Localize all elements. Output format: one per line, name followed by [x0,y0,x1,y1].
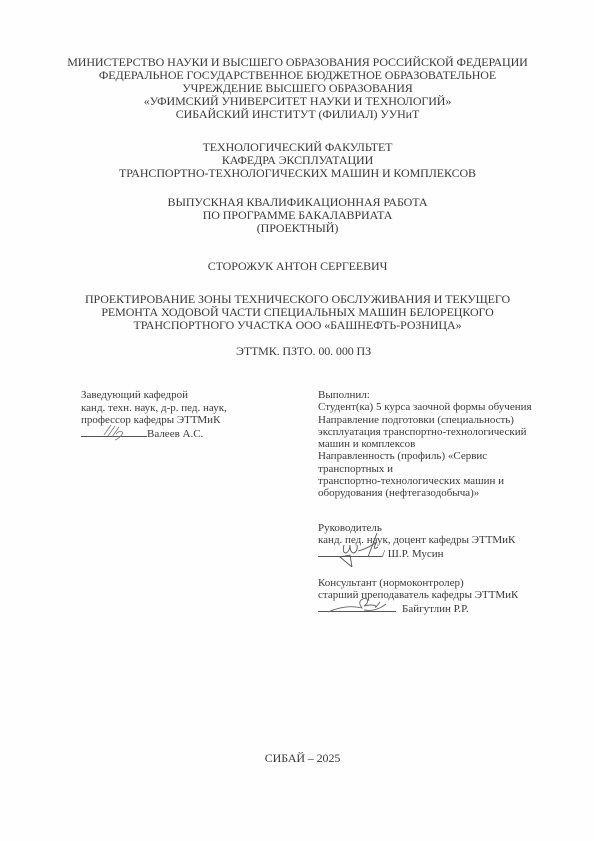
work-type-line: (ПРОЕКТНЫЙ) [0,222,595,235]
author-text: СТОРОЖУК АНТОН СЕРГЕЕВИЧ [0,260,595,273]
doc-code-text: ЭТТМК. ПЗТО. 00. 000 ПЗ [6,345,595,358]
footer-text: СИБАЙ – 2025 [5,752,595,765]
student-line: машин и комплексов [318,438,532,450]
hod-name: Валеев А.С. [147,428,203,440]
document-code: ЭТТМК. ПЗТО. 00. 000 ПЗ [6,345,595,358]
consultant-role: Консультант (нормоконтролер) [318,577,518,589]
student-line: Студент(ка) 5 курса заочной формы обучен… [318,401,532,413]
consultant-name: Байгутлин Р.Р. [402,603,469,615]
title-page: МИНИСТЕРСТВО НАУКИ И ВЫСШЕГО ОБРАЗОВАНИЯ… [0,0,595,841]
student-line: оборудования (нефтегазодобыча)» [318,487,532,499]
supervisor-block: Руководитель канд. пед. наук, доцент каф… [318,522,515,560]
hod-signature-row: Валеев А.С. [81,427,227,441]
student-block: Выполнил: Студент(ка) 5 курса заочной фо… [318,389,532,500]
student-line: Направление подготовки (специальность) [318,414,532,426]
consultant-signature-row: Байгутлин Р.Р. [318,602,518,615]
signature-icon [326,594,390,616]
signature-icon [101,421,131,441]
head-of-department-block: Заведующий кафедрой канд. техн. наук, д-… [81,389,227,440]
author-name: СТОРОЖУК АНТОН СЕРГЕЕВИЧ [0,260,595,273]
header-line: СИБАЙСКИЙ ИНСТИТУТ (ФИЛИАЛ) УУНиТ [0,108,595,121]
institution-header: МИНИСТЕРСТВО НАУКИ И ВЫСШЕГО ОБРАЗОВАНИЯ… [0,56,595,121]
consultant-block: Консультант (нормоконтролер) старший пре… [318,577,518,615]
thesis-title: ПРОЕКТИРОВАНИЕ ЗОНЫ ТЕХНИЧЕСКОГО ОБСЛУЖИ… [0,293,595,332]
hod-degree: канд. техн. наук, д-р. пед. наук, [81,402,227,415]
faculty-line: ТРАНСПОРТНО-ТЕХНОЛОГИЧЕСКИХ МАШИН И КОМП… [0,167,595,180]
signature-icon [332,525,392,567]
student-line: транспортно-технологических машин и [318,475,532,487]
hod-role: Заведующий кафедрой [81,389,227,402]
title-line: ТРАНСПОРТНОГО УЧАСТКА ООО «БАШНЕФТЬ-РОЗН… [0,319,595,332]
student-line: Направленность (профиль) «Сервис [318,450,532,462]
footer-city-year: СИБАЙ – 2025 [5,752,595,765]
supervisor-signature-row: / Ш.Р. Мусин [318,547,515,560]
student-line: эксплуатация транспортно-технологический [318,426,532,438]
work-type-block: ВЫПУСКНАЯ КВАЛИФИКАЦИОННАЯ РАБОТА ПО ПРО… [0,196,595,235]
faculty-block: ТЕХНОЛОГИЧЕСКИЙ ФАКУЛЬТЕТ КАФЕДРА ЭКСПЛУ… [0,141,595,180]
student-label: Выполнил: [318,389,532,401]
student-line: транспортных и [318,463,532,475]
